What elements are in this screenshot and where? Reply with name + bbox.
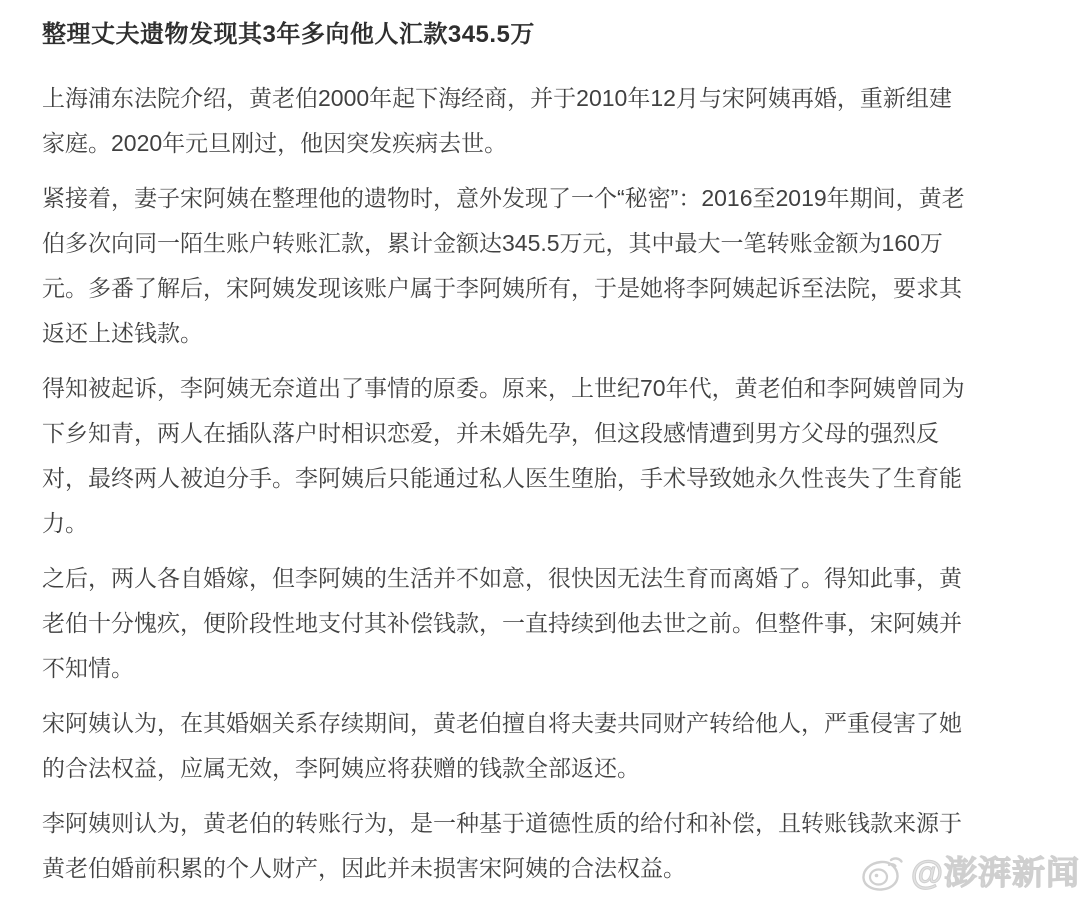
article-paragraph: 紧接着，妻子宋阿姨在整理他的遗物时，意外发现了一个“秘密”：2016至2019年…	[42, 176, 970, 356]
article-page: 整理丈夫遗物发现其3年多向他人汇款345.5万 上海浦东法院介绍，黄老伯2000…	[0, 0, 1090, 900]
article-paragraph: 得知被起诉，李阿姨无奈道出了事情的原委。原来，上世纪70年代，黄老伯和李阿姨曾同…	[42, 366, 970, 546]
article-body: 整理丈夫遗物发现其3年多向他人汇款345.5万 上海浦东法院介绍，黄老伯2000…	[0, 0, 1090, 891]
article-paragraph: 宋阿姨认为，在其婚姻关系存续期间，黄老伯擅自将夫妻共同财产转给他人，严重侵害了她…	[42, 701, 970, 791]
article-paragraph: 李阿姨则认为，黄老伯的转账行为，是一种基于道德性质的给付和补偿，且转账钱款来源于…	[42, 801, 970, 891]
article-title: 整理丈夫遗物发现其3年多向他人汇款345.5万	[42, 16, 970, 54]
article-paragraph: 上海浦东法院介绍，黄老伯2000年起下海经商，并于2010年12月与宋阿姨再婚，…	[42, 76, 970, 166]
article-paragraph: 之后，两人各自婚嫁，但李阿姨的生活并不如意，很快因无法生育而离婚了。得知此事，黄…	[42, 556, 970, 691]
